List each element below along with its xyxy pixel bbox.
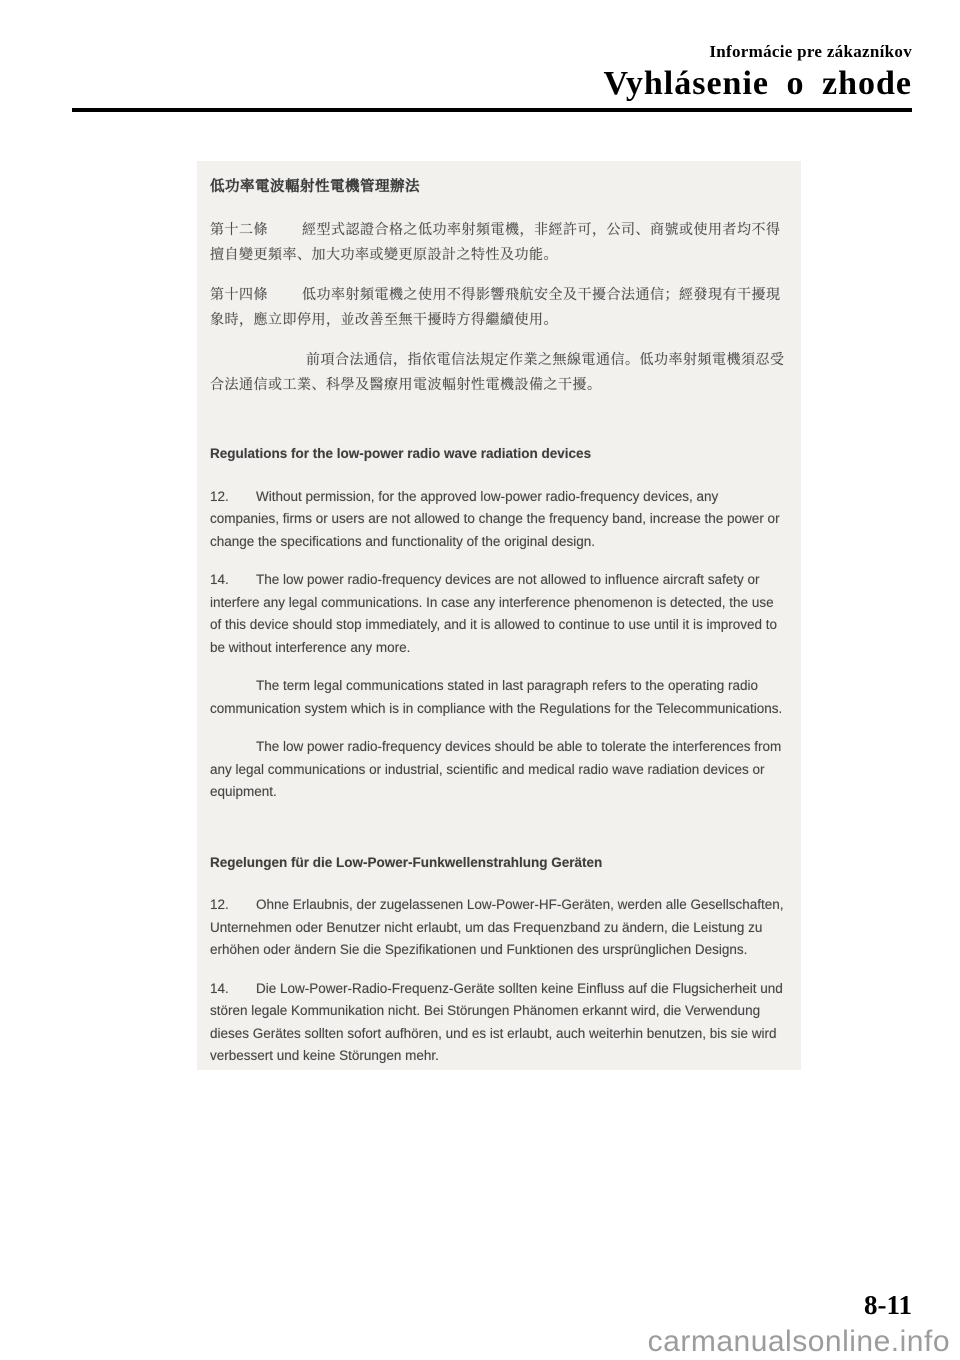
english-item-12: 12.Without permission, for the approved … [210,486,788,554]
chinese-section: 低功率電波輻射性電機管理辦法 第十二條經型式認證合格之低功率射頻電機，非經許可，… [210,175,788,397]
item-number: 14. [210,569,256,592]
page-header: Informácie pre zákazníkov Vyhlásenie o z… [0,42,912,103]
item-number: 12. [210,486,256,509]
english-legal-note-1: The term legal communications stated in … [210,675,788,720]
chinese-article-12: 第十二條經型式認證合格之低功率射頻電機，非經許可，公司、商號或使用者均不得擅自變… [210,217,788,267]
german-item-14: 14.Die Low-Power-Radio-Frequenz-Geräte s… [210,978,788,1068]
page-title: Vyhlásenie o zhode [0,65,912,103]
section-eyebrow: Informácie pre zákazníkov [0,42,912,62]
german-item-12: 12.Ohne Erlaubnis, der zugelassenen Low-… [210,894,788,962]
chinese-section-heading: 低功率電波輻射性電機管理辦法 [210,175,788,200]
article-label: 第十二條 [210,217,302,242]
item-text: The low power radio-frequency devices ar… [210,572,777,655]
german-section: Regelungen für die Low-Power-Funkwellens… [210,852,788,1071]
item-text: Without permission, for the approved low… [210,489,780,549]
item-number: 14. [210,978,256,1001]
german-section-heading: Regelungen für die Low-Power-Funkwellens… [210,852,788,875]
english-legal-note-2: The low power radio-frequency devices sh… [210,736,788,804]
item-number: 12. [210,894,256,917]
english-item-14: 14.The low power radio-frequency devices… [210,569,788,659]
chinese-legal-note: 前項合法通信，指依電信法規定作業之無線電通信。低功率射頻電機須忍受合法通信或工業… [210,347,788,397]
page-number: 8-11 [864,1290,912,1321]
article-label: 第十四條 [210,282,302,307]
item-text: Ohne Erlaubnis, der zugelassenen Low-Pow… [210,897,784,957]
english-section: Regulations for the low-power radio wave… [210,443,788,804]
header-divider [72,108,912,112]
manual-page: Informácie pre zákazníkov Vyhlásenie o z… [0,0,960,1360]
chinese-article-14: 第十四條低功率射頻電機之使用不得影響飛航安全及干擾合法通信；經發現有干擾現象時，… [210,282,788,332]
watermark: carmanualsonline.info [648,1325,950,1359]
regulatory-notice-scan: 低功率電波輻射性電機管理辦法 第十二條經型式認證合格之低功率射頻電機，非經許可，… [197,161,801,1070]
english-section-heading: Regulations for the low-power radio wave… [210,443,788,466]
item-text: Die Low-Power-Radio-Frequenz-Geräte soll… [210,981,783,1064]
